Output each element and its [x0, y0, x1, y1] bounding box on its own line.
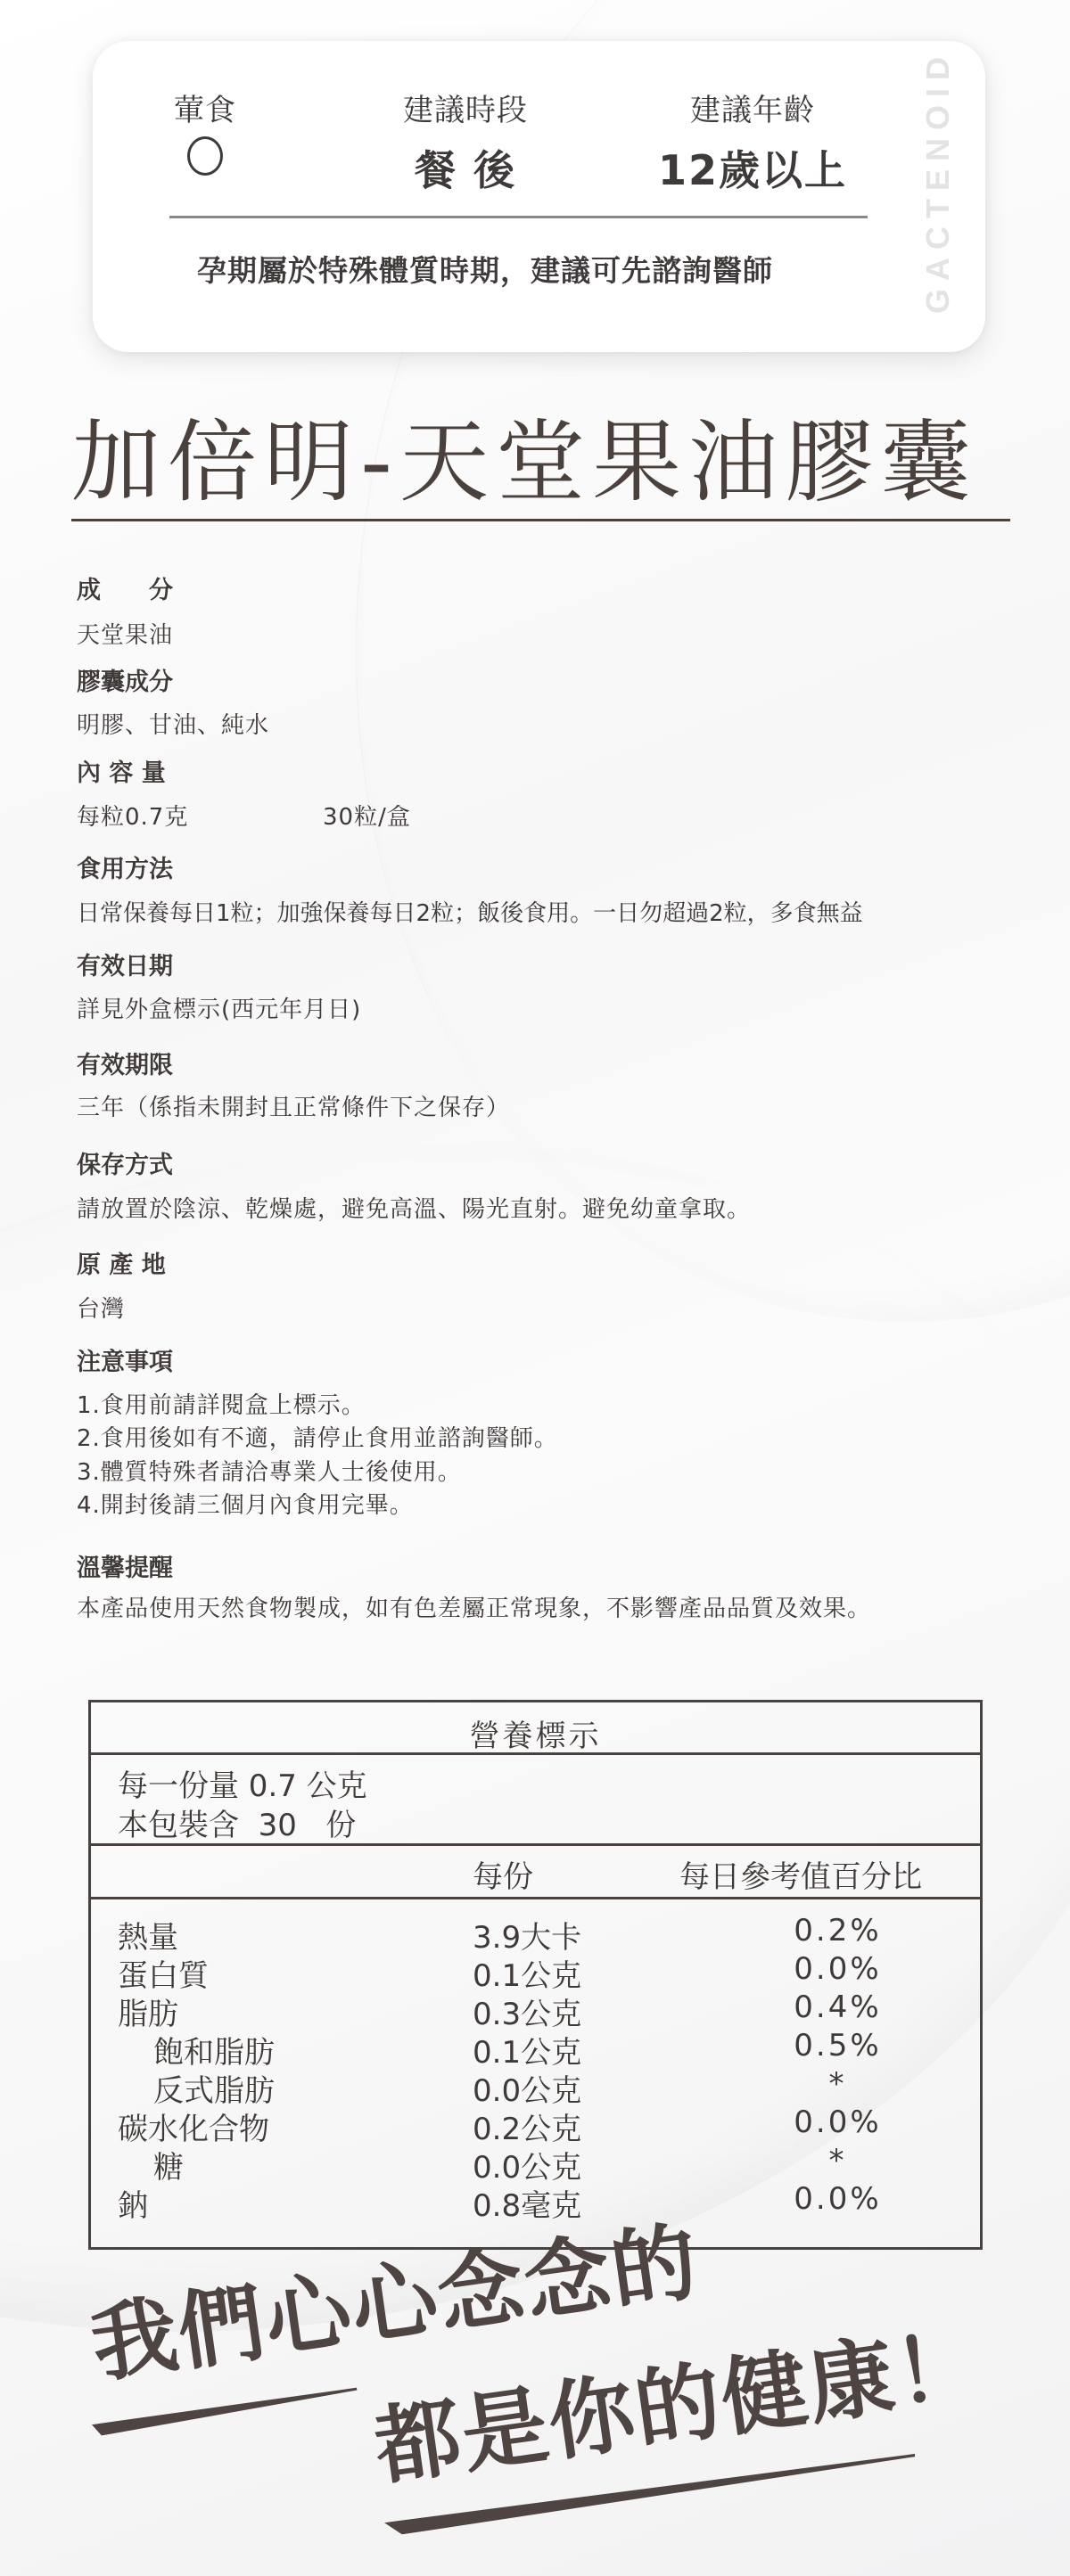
spec-value-content-count: 30粒/盒 [323, 799, 411, 832]
table-divider [91, 1843, 980, 1846]
nutrient-name: 糖 [153, 2143, 184, 2186]
spec-value-content: 每粒0.7克 [77, 799, 188, 832]
servings-per-pack: 本包裝含 30 份 [118, 1801, 356, 1844]
spec-label-usage: 食用方法 [77, 849, 173, 884]
precaution-item: 2.食用後如有不適，請停止食用並諮詢醫師。 [77, 1420, 558, 1453]
suggested-time-value: 餐 後 [376, 138, 555, 197]
nutrient-amount: 0.3公克 [473, 1989, 581, 2033]
suggested-time-heading: 建議時段 [376, 86, 555, 129]
brand-watermark-text: GACTENOID [919, 82, 957, 314]
spec-value-reminder: 本產品使用天然食物製成，如有色差屬正常現象，不影響產品品質及效果。 [77, 1590, 871, 1623]
spec-label-storage: 保存方式 [77, 1145, 173, 1180]
nutrient-name: 碳水化合物 [118, 2104, 269, 2148]
nutrient-name: 蛋白質 [118, 1951, 209, 1995]
serving-size: 每一份量 0.7 公克 [118, 1761, 367, 1805]
spec-label-shelf-life: 有效期限 [77, 1046, 173, 1080]
slogan-line-2: 都是你的健康！ [366, 2296, 989, 2502]
table-divider [91, 1897, 980, 1899]
nutrient-amount: 0.1公克 [473, 1951, 581, 1995]
nutrient-pct: 0.0% [760, 1951, 916, 1987]
suggested-age-heading: 建議年齡 [654, 86, 851, 129]
spec-value-capsule: 明膠、甘油、純水 [77, 707, 269, 740]
spec-label-reminder: 溫馨提醒 [77, 1548, 173, 1583]
spec-value-expiry-date: 詳見外盒標示(西元年月日) [77, 991, 361, 1024]
nutrient-pct: 0.0% [760, 2181, 916, 2217]
nutrition-row: 脂肪 0.3公克 0.4% [118, 1989, 974, 2028]
nutrient-pct: * [760, 2143, 916, 2178]
nutrient-amount: 0.0公克 [473, 2066, 581, 2110]
usage-info-card: 葷食 建議時段 餐 後 建議年齡 12歲以上 孕期屬於特殊體質時期，建議可先諮詢… [93, 41, 985, 352]
nutrient-amount: 3.9大卡 [473, 1913, 581, 1957]
table-divider [91, 1752, 980, 1755]
nutrient-pct: * [760, 2066, 916, 2102]
precaution-item: 1.食用前請詳閱盒上標示。 [77, 1387, 366, 1420]
spec-value-origin: 台灣 [77, 1291, 125, 1324]
nutrient-pct: 0.2% [760, 1913, 916, 1948]
nutrient-amount: 0.1公克 [473, 2028, 581, 2071]
nutrition-facts-table: 營養標示 每一份量 0.7 公克 本包裝含 30 份 每份 每日參考值百分比 熱… [88, 1700, 983, 2250]
vegetarian-column: 葷食 [160, 86, 250, 179]
nutrition-row: 糖 0.0公克 * [118, 2143, 974, 2181]
spec-value-usage: 日常保養每日1粒；加強保養每日2粒；飯後食用。一日勿超過2粒，多食無益 [77, 895, 863, 928]
card-divider [169, 216, 868, 218]
nutrient-amount: 0.2公克 [473, 2104, 581, 2148]
col-header-per-serving: 每份 [473, 1852, 533, 1896]
circle-icon [187, 136, 223, 176]
nutrition-row: 碳水化合物 0.2公克 0.0% [118, 2104, 974, 2143]
nutrient-name: 飽和脂肪 [153, 2028, 275, 2071]
nutrient-pct: 0.4% [760, 1989, 916, 2025]
suggested-time-column: 建議時段 餐 後 [376, 86, 555, 197]
spec-label-precautions: 注意事項 [77, 1342, 173, 1377]
product-title: 加倍明-天堂果油膠囊 [71, 390, 977, 519]
nutrition-row: 鈉 0.8毫克 0.0% [118, 2181, 974, 2219]
spec-label-expiry-date: 有效日期 [77, 947, 173, 981]
suggested-age-column: 建議年齡 12歲以上 [654, 86, 851, 197]
slogan-underline-stroke [384, 2449, 916, 2537]
precaution-item: 3.體質特殊者請洽專業人士後使用。 [77, 1454, 462, 1487]
nutrient-pct: 0.0% [760, 2104, 916, 2140]
nutrient-name: 脂肪 [118, 1989, 178, 2033]
nutrient-name: 熱量 [118, 1913, 178, 1957]
spec-value-ingredients: 天堂果油 [77, 617, 173, 650]
spec-label-capsule: 膠囊成分 [77, 662, 173, 697]
spec-label-origin: 原 產 地 [77, 1245, 166, 1280]
nutrient-amount: 0.8毫克 [473, 2181, 581, 2225]
nutrition-row: 反式脂肪 0.0公克 * [118, 2066, 974, 2104]
vegetarian-heading: 葷食 [160, 86, 250, 129]
nutrition-row: 蛋白質 0.1公克 0.0% [118, 1951, 974, 1989]
pregnancy-note: 孕期屬於特殊體質時期，建議可先諮詢醫師 [93, 248, 877, 290]
nutrient-pct: 0.5% [760, 2028, 916, 2063]
slogan-underline-stroke [92, 2383, 358, 2437]
nutrition-title: 營養標示 [91, 1711, 980, 1755]
nutrition-row: 熱量 3.9大卡 0.2% [118, 1913, 974, 1951]
suggested-age-value: 12歲以上 [654, 138, 851, 197]
spec-value-storage: 請放置於陰涼、乾燥處，避免高溫、陽光直射。避免幼童拿取。 [77, 1191, 751, 1224]
nutrient-name: 反式脂肪 [153, 2066, 275, 2110]
spec-value-shelf-life: 三年（係指未開封且正常條件下之保存） [77, 1089, 510, 1122]
nutrient-amount: 0.0公克 [473, 2143, 581, 2186]
spec-label-ingredients: 成 分 [77, 570, 173, 605]
spec-label-content: 內 容 量 [77, 753, 166, 788]
col-header-daily-pct: 每日參考值百分比 [679, 1852, 922, 1896]
title-underline [71, 519, 1010, 521]
nutrient-name: 鈉 [118, 2181, 148, 2225]
nutrition-row: 飽和脂肪 0.1公克 0.5% [118, 2028, 974, 2066]
precaution-item: 4.開封後請三個月內食用完畢。 [77, 1487, 414, 1520]
